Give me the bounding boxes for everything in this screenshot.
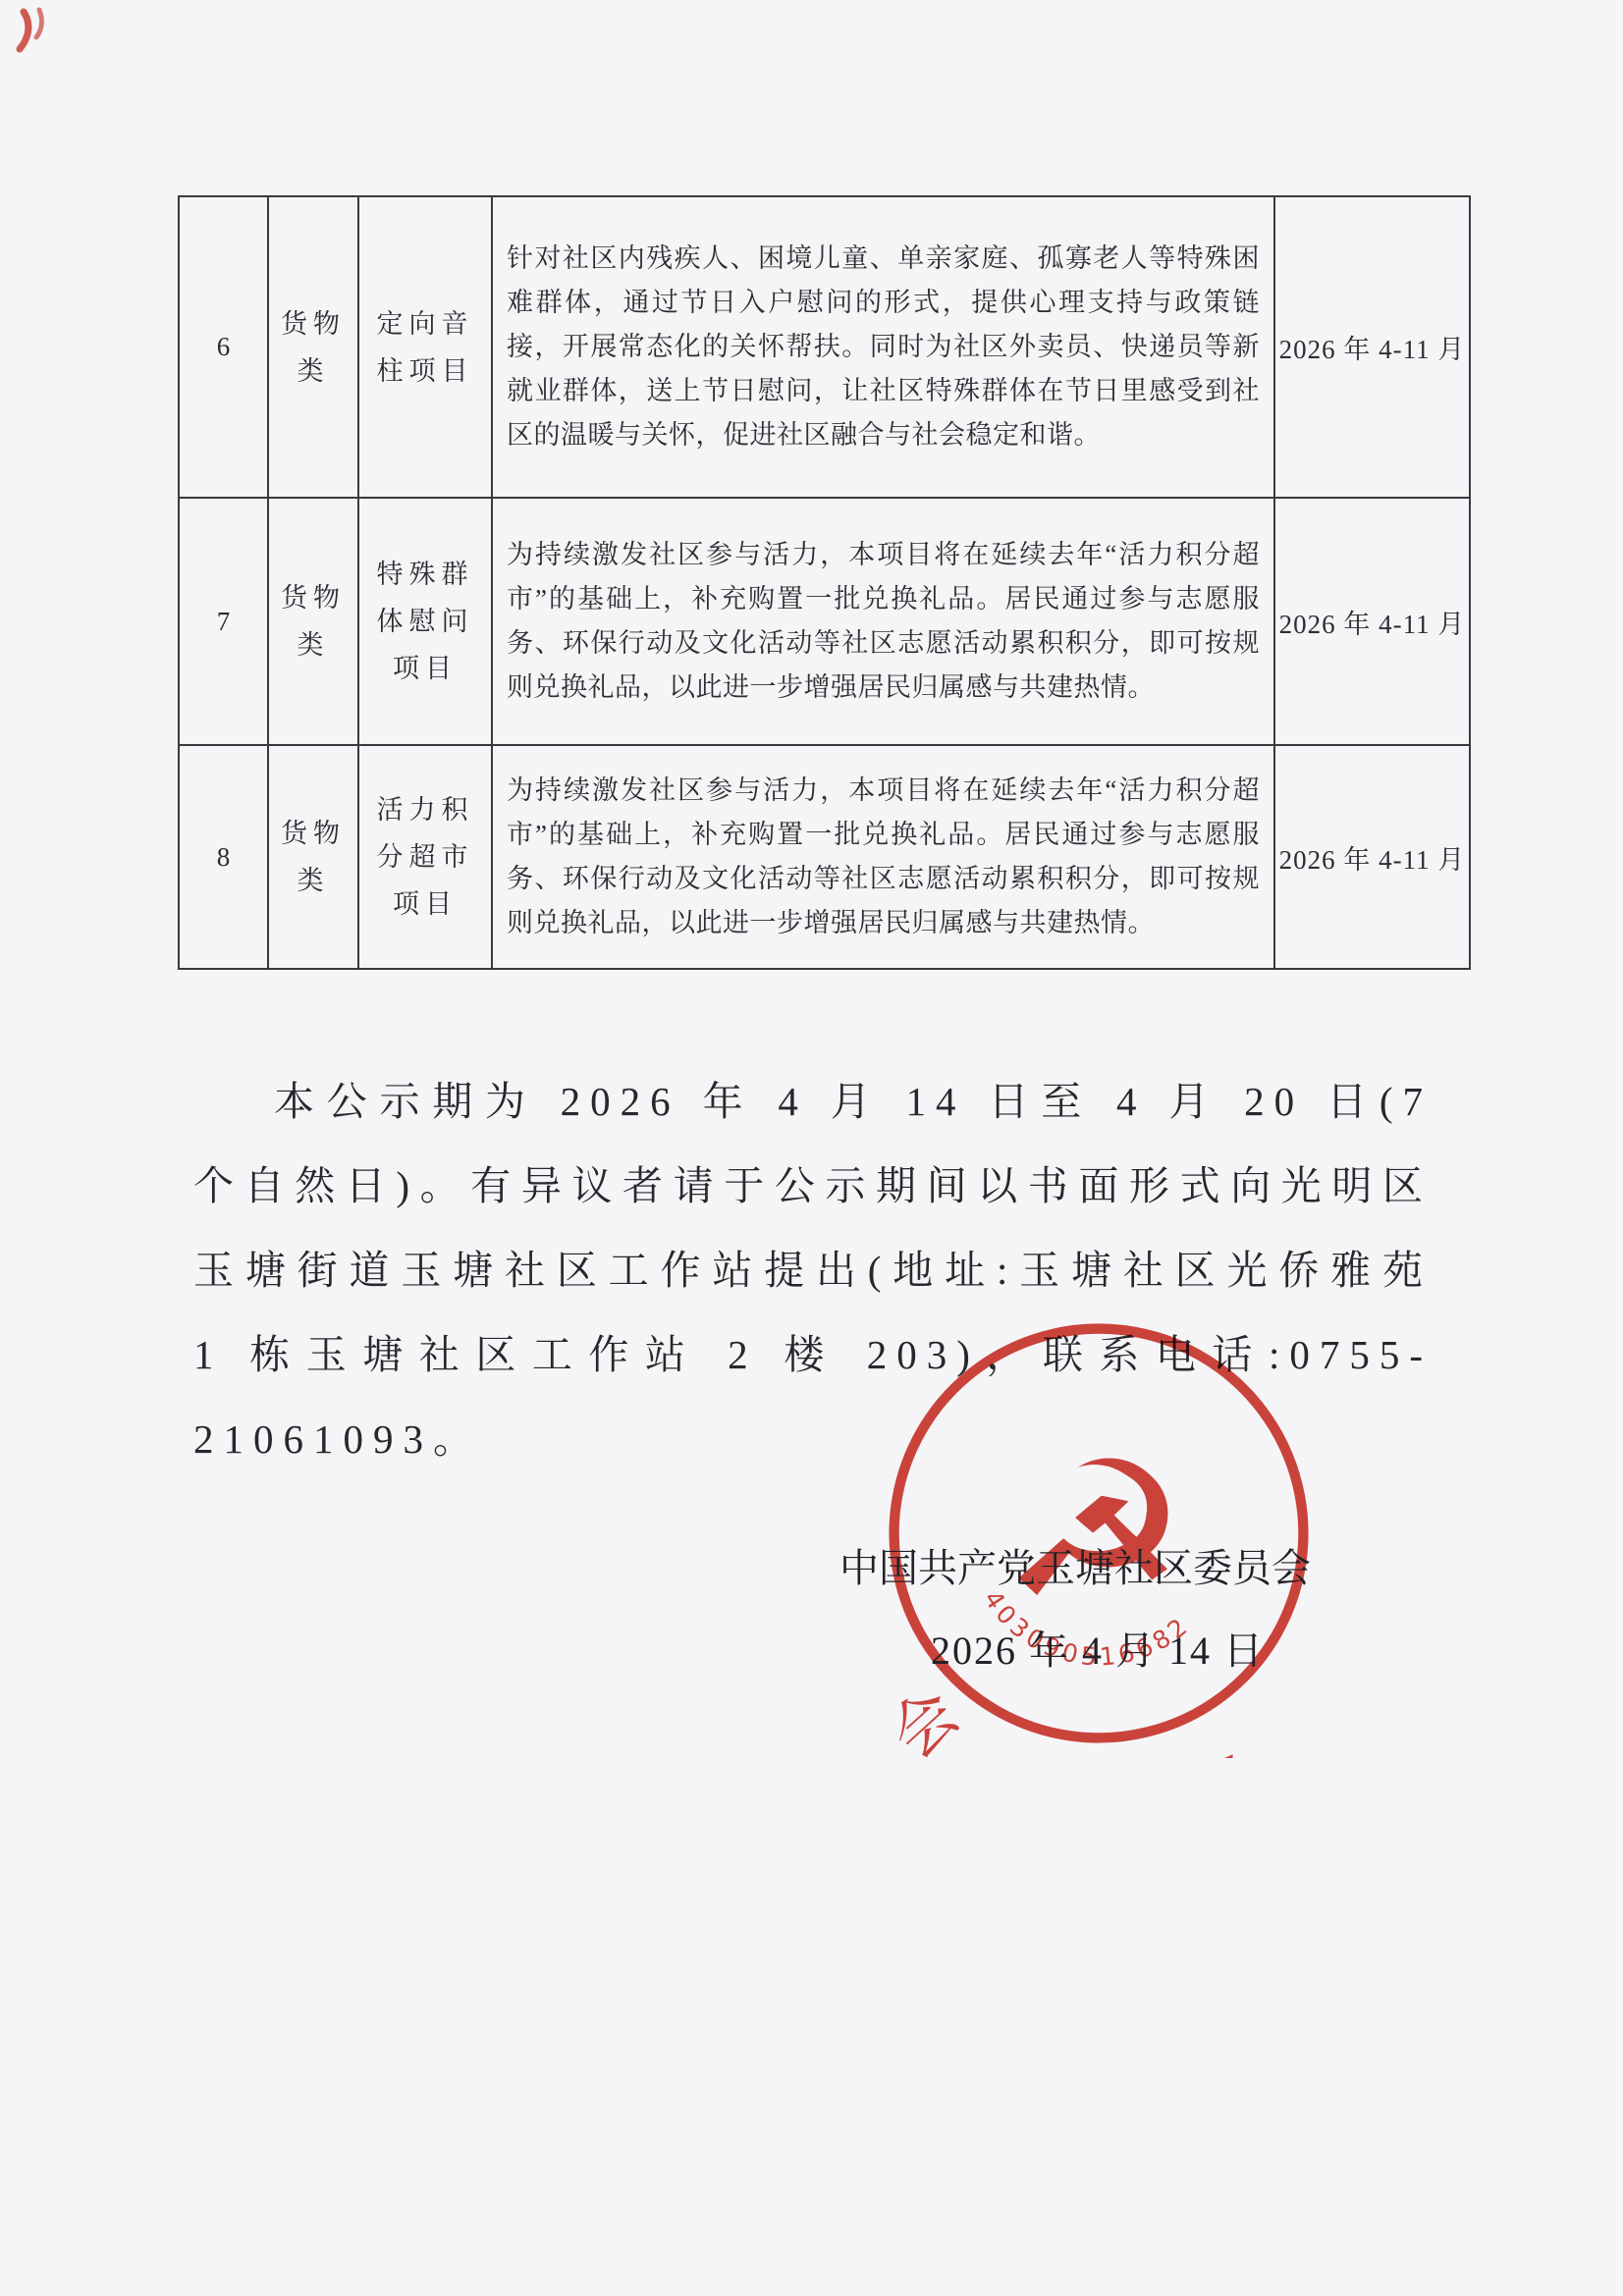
row-project-name: 定向音柱项目 (376, 300, 475, 395)
table-row: 7 货物类 特殊群体慰问项目 为持续激发社区参与活力，本项目将在延续去年“活力积… (179, 498, 1470, 745)
row-project-name: 活力积分超市项目 (376, 786, 475, 928)
row-project-name: 特殊群体慰问项目 (376, 551, 475, 692)
table-row: 8 货物类 活力积分超市项目 为持续激发社区参与活力，本项目将在延续去年“活力积… (179, 745, 1470, 969)
row-description: 为持续激发社区参与活力，本项目将在延续去年“活力积分超市”的基础上，补充购置一批… (492, 498, 1274, 745)
row-period: 2026 年 4-11 月 (1274, 745, 1470, 969)
row-description: 针对社区内残疾人、困境儿童、单亲家庭、孤寡老人等特殊困难群体，通过节日入户慰问的… (492, 196, 1274, 498)
row-period: 2026 年 4-11 月 (1274, 196, 1470, 498)
notice-paragraph: 本公示期为 2026 年 4 月 14 日至 4 月 20 日(7 个自然日)。… (193, 1059, 1433, 1481)
seal-ring-text: 中国共产党玉塘社区委员会 (874, 1666, 1298, 1758)
row-category: 货物类 (279, 574, 348, 668)
page: { "table": { "rows": [ { "no": "6", "cat… (0, 0, 1623, 2296)
table-row: 6 货物类 定向音柱项目 针对社区内残疾人、困境儿童、单亲家庭、孤寡老人等特殊困… (179, 196, 1470, 498)
signature-organization: 中国共产党玉塘社区委员会 (839, 1537, 1311, 1593)
row-number: 6 (179, 196, 268, 498)
row-category: 货物类 (279, 300, 348, 395)
scan-red-mark (10, 4, 69, 67)
row-category: 货物类 (279, 810, 348, 904)
project-table: 6 货物类 定向音柱项目 针对社区内残疾人、困境儿童、单亲家庭、孤寡老人等特殊困… (178, 195, 1471, 970)
row-number: 8 (179, 745, 268, 969)
row-description: 为持续激发社区参与活力，本项目将在延续去年“活力积分超市”的基础上，补充购置一批… (492, 745, 1274, 969)
row-period: 2026 年 4-11 月 (1274, 498, 1470, 745)
signature-date: 2026 年 4 月 14 日 (931, 1620, 1265, 1676)
row-number: 7 (179, 498, 268, 745)
